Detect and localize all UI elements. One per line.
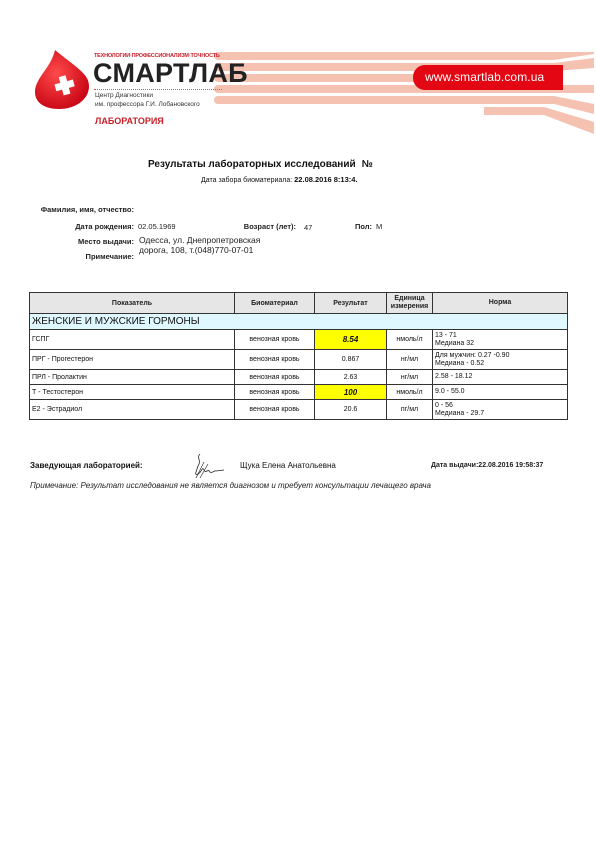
result-cell: 8.54 <box>315 330 387 350</box>
col-indicator: Показатель <box>30 293 235 314</box>
report-title-text: Результаты лабораторных исследований <box>148 159 356 170</box>
col-unit-line2: измерения <box>391 303 428 310</box>
center-name-line1: Центр Диагностики <box>95 92 153 99</box>
place-label: Место выдачи: <box>30 237 134 246</box>
report-title: Результаты лабораторных исследований№ <box>148 159 373 170</box>
blood-drop-logo-icon <box>33 48 91 110</box>
patient-name-label: Фамилия, имя, отчество: <box>30 205 134 214</box>
biomaterial-cell: венозная кровь <box>235 370 315 385</box>
sex-label: Пол: <box>340 222 372 231</box>
col-result: Результат <box>315 293 387 314</box>
col-norm: Норма <box>433 293 568 314</box>
issue-date-value: 22.08.2016 19:58:37 <box>478 462 543 469</box>
norm-cell: 0 - 56Медиана - 29.7 <box>433 400 568 420</box>
result-cell: 0.867 <box>315 350 387 370</box>
indicator-cell: Е2 - Эстрадиол <box>30 400 235 420</box>
center-name-line2: им. профессора Г.И. Лобановского <box>95 101 200 108</box>
place-line1: Одесса, ул. Днепропетровская <box>139 235 260 245</box>
indicator-cell: Т - Тестостерон <box>30 385 235 400</box>
unit-cell: нг/мл <box>387 370 433 385</box>
age-label: Возраст (лет): <box>230 222 296 231</box>
place-line2: дорога, 108, т.(048)770-07-01 <box>139 245 253 255</box>
col-unit-line1: Единица <box>394 295 424 302</box>
divider <box>94 89 222 90</box>
norm-cell: 2.58 - 18.12 <box>433 370 568 385</box>
group-title: ЖЕНСКИЕ И МУЖСКИЕ ГОРМОНЫ <box>30 314 568 330</box>
biomaterial-cell: венозная кровь <box>235 350 315 370</box>
table-header-row: Показатель Биоматериал Результат Единица… <box>30 293 568 314</box>
biomaterial-cell: венозная кровь <box>235 400 315 420</box>
signature-icon <box>190 452 226 480</box>
collection-date-label: Дата забора биоматериала: <box>201 177 292 184</box>
unit-cell: нмоль/л <box>387 330 433 350</box>
col-biomaterial: Биоматериал <box>235 293 315 314</box>
collection-date-value: 22.08.2016 8:13:4. <box>294 175 357 184</box>
biomaterial-cell: венозная кровь <box>235 330 315 350</box>
disclaimer: Примечание: Результат исследования не яв… <box>30 481 431 490</box>
indicator-cell: ГСПГ <box>30 330 235 350</box>
norm-cell: 13 - 71Медиана 32 <box>433 330 568 350</box>
header-banner: www.smartlab.com.ua ТЕХНОЛОГИИ·ПРОФЕССИО… <box>0 0 596 140</box>
indicator-cell: ПРЛ - Пролактин <box>30 370 235 385</box>
sex-value: М <box>376 222 382 231</box>
result-cell: 20.6 <box>315 400 387 420</box>
col-unit: Единица измерения <box>387 293 433 314</box>
norm-cell: 9.0 - 55.0 <box>433 385 568 400</box>
norm-line2: Медиана - 0.52 <box>435 360 484 367</box>
group-row: ЖЕНСКИЕ И МУЖСКИЕ ГОРМОНЫ <box>30 314 568 330</box>
table-row: ГСПГвенозная кровь8.54нмоль/л13 - 71Меди… <box>30 330 568 350</box>
table-row: Т - Тестостеронвенозная кровь100нмоль/л … <box>30 385 568 400</box>
dob-label: Дата рождения: <box>30 222 134 231</box>
head-of-lab-name: Щука Елена Анатольевна <box>240 461 336 470</box>
collection-date: Дата забора биоматериала: 22.08.2016 8:1… <box>201 175 358 184</box>
norm-line2: Медиана - 29.7 <box>435 410 484 417</box>
biomaterial-cell: венозная кровь <box>235 385 315 400</box>
issue-date-label: Дата выдачи: <box>431 462 478 469</box>
result-cell: 100 <box>315 385 387 400</box>
unit-cell: нмоль/л <box>387 385 433 400</box>
result-cell: 2.63 <box>315 370 387 385</box>
norm-line2: Медиана 32 <box>435 340 474 347</box>
norm-line1: 13 - 71 <box>435 332 457 339</box>
report-number-sign: № <box>362 159 373 170</box>
note-label: Примечание: <box>30 252 134 261</box>
indicator-cell: ПРГ - Прогестерон <box>30 350 235 370</box>
unit-cell: нг/мл <box>387 350 433 370</box>
norm-line1: Для мужчин: 0.27 -0.90 <box>435 352 509 359</box>
unit-cell: пг/мл <box>387 400 433 420</box>
norm-line1: 9.0 - 55.0 <box>435 388 465 395</box>
table-row: ПРЛ - Пролактинвенозная кровь2.63нг/мл2.… <box>30 370 568 385</box>
age-value: 47 <box>304 223 312 232</box>
norm-line1: 2.58 - 18.12 <box>435 373 472 380</box>
head-of-lab-label: Заведующая лабораторией: <box>30 461 143 470</box>
norm-line1: 0 - 56 <box>435 402 453 409</box>
dob-value: 02.05.1969 <box>138 222 176 231</box>
issue-date: Дата выдачи:22.08.2016 19:58:37 <box>431 462 543 469</box>
department-label: ЛАБОРАТОРИЯ <box>95 116 164 126</box>
table-row: ПРГ - Прогестеронвенозная кровь0.867нг/м… <box>30 350 568 370</box>
table-row: Е2 - Эстрадиолвенозная кровь20.6пг/мл0 -… <box>30 400 568 420</box>
results-table: Показатель Биоматериал Результат Единица… <box>29 292 568 420</box>
norm-cell: Для мужчин: 0.27 -0.90Медиана - 0.52 <box>433 350 568 370</box>
website-link[interactable]: www.smartlab.com.ua <box>413 65 563 90</box>
brand-name: СМАРТЛАБ <box>93 58 248 88</box>
